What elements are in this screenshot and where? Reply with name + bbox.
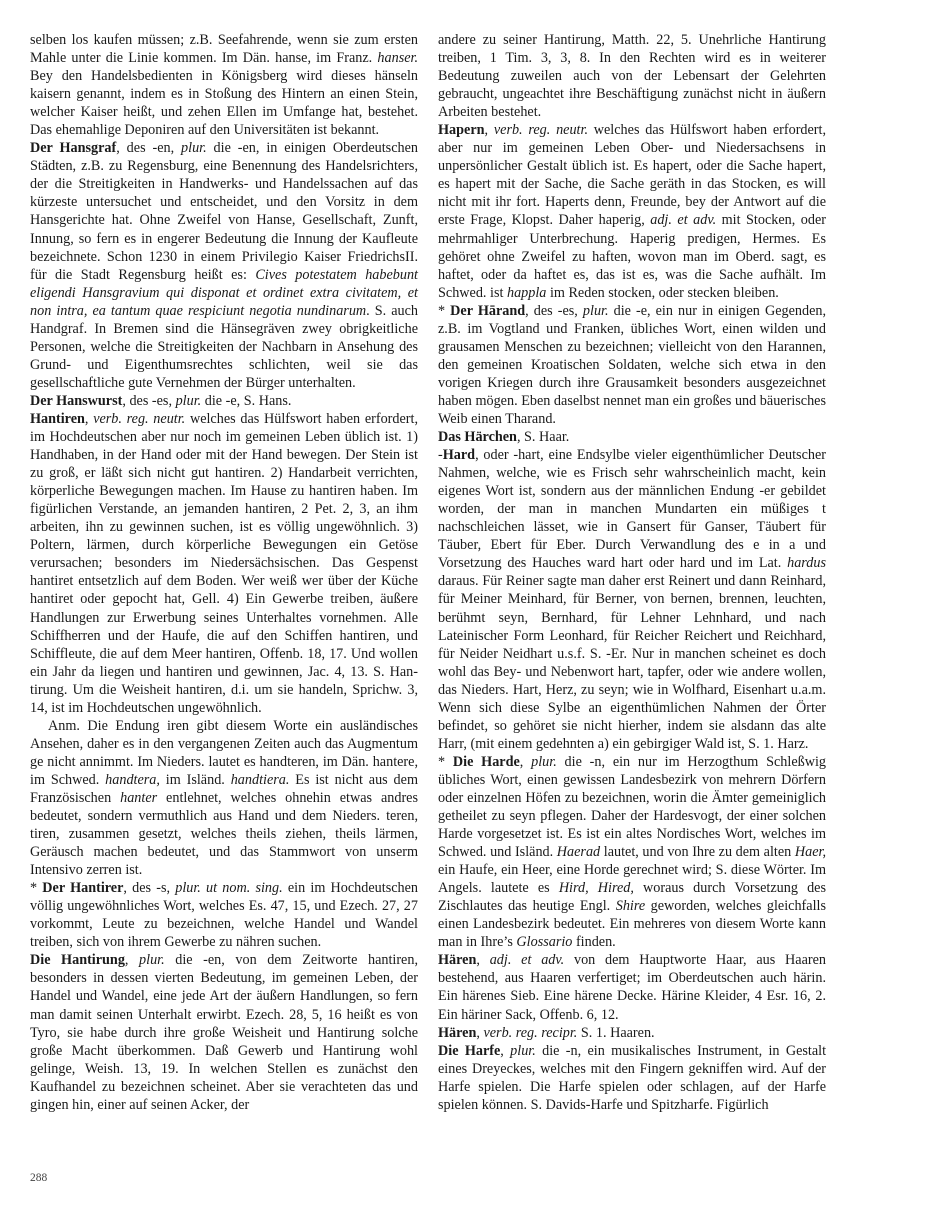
- entry-italic-text: Hird, Hired,: [559, 880, 634, 896]
- entry-text: , des -en,: [116, 140, 181, 156]
- entry-italic-text: handtiera.: [231, 772, 290, 788]
- entry-text: ,: [485, 122, 494, 138]
- entry-text: S. 1. Haaren.: [577, 1025, 654, 1041]
- entry-text: finden.: [572, 934, 615, 950]
- dictionary-entry: -Hard, oder -hart, eine Endsylbe vieler …: [438, 446, 826, 753]
- entry-italic-text: plur.: [181, 140, 207, 156]
- entry-italic-text: verb. reg. neutr.: [93, 411, 185, 427]
- entry-text: *: [438, 303, 450, 319]
- entry-headword: Der Hārand: [450, 303, 525, 319]
- dictionary-entry: * Der Hantirer, des -s, plur. ut nom. si…: [30, 879, 418, 951]
- dictionary-entry: * Die Harde, plur. die -n, ein nur im He…: [438, 753, 826, 952]
- left-column: selben los kaufen müssen; z.B. Seefahren…: [30, 31, 418, 1114]
- entry-text: andere zu seiner Hantirung, Matth. 22, 5…: [438, 32, 826, 120]
- entry-text: *: [438, 754, 453, 770]
- entry-headword: Der Hanswurst: [30, 393, 122, 409]
- entry-headword: Hapern: [438, 122, 485, 138]
- entry-text: im Reden stocken, oder stecken bleiben.: [546, 285, 778, 301]
- right-column: andere zu seiner Hantirung, Matth. 22, 5…: [438, 31, 826, 1114]
- entry-italic-text: hanter: [120, 790, 157, 806]
- entry-text: lautet, und von Ihre zu dem alten: [600, 844, 795, 860]
- dictionary-entry: Hären, verb. reg. recipr. S. 1. Haaren.: [438, 1024, 826, 1042]
- entry-italic-text: plur.: [139, 952, 165, 968]
- dictionary-entry: selben los kaufen müssen; z.B. Seefahren…: [30, 31, 418, 139]
- dictionary-entry: Das Härchen, S. Haar.: [438, 428, 826, 446]
- dictionary-entry: andere zu seiner Hantirung, Matth. 22, 5…: [438, 31, 826, 121]
- entry-italic-text: hanser.: [377, 50, 418, 66]
- entry-italic-text: Shire: [616, 898, 645, 914]
- entry-text: die -en, in einigen Oberdeutschen Städte…: [30, 140, 418, 282]
- entry-italic-text: verb. reg. recipr.: [483, 1025, 577, 1041]
- dictionary-entry: Hapern, verb. reg. neutr. welches das Hü…: [438, 121, 826, 301]
- entry-text: selben los kaufen müssen; z.B. Seefahren…: [30, 32, 418, 66]
- entry-headword: Die Harde: [453, 754, 520, 770]
- entry-italic-text: adj. et adv.: [490, 952, 564, 968]
- entry-italic-text: Glossario: [516, 934, 572, 950]
- entry-text: *: [30, 880, 42, 896]
- dictionary-entry: Hären, adj. et adv. von dem Hauptworte H…: [438, 951, 826, 1023]
- dictionary-entry: Der Hansgraf, des -en, plur. die -en, in…: [30, 139, 418, 392]
- dictionary-entry: Die Harfe, plur. die -n, ein musikalisch…: [438, 1042, 826, 1114]
- entry-headword: Der Hansgraf: [30, 140, 116, 156]
- entry-headword: Die Harfe: [438, 1043, 500, 1059]
- entry-text: , des -s,: [123, 880, 175, 896]
- entry-text: , oder -hart, eine Endsylbe vieler eigen…: [438, 447, 826, 571]
- entry-text: ,: [520, 754, 531, 770]
- entry-italic-text: handtera,: [105, 772, 160, 788]
- entry-text: ,: [85, 411, 93, 427]
- entry-italic-text: plur.: [176, 393, 202, 409]
- entry-text: , des -es,: [122, 393, 175, 409]
- entry-text: ,: [500, 1043, 510, 1059]
- entry-headword: Hantiren: [30, 411, 85, 427]
- entry-italic-text: happla: [507, 285, 546, 301]
- entry-headword: Hären: [438, 1025, 476, 1041]
- entry-italic-text: adj. et adv.: [650, 212, 716, 228]
- entry-italic-text: plur.: [531, 754, 557, 770]
- dictionary-entry: Anm. Die Endung iren gibt diesem Worte e…: [30, 717, 418, 879]
- entry-headword: Das Härchen: [438, 429, 517, 445]
- entry-headword: Die Hantirung: [30, 952, 125, 968]
- entry-italic-text: verb. reg. neutr.: [494, 122, 588, 138]
- entry-headword: Hard: [443, 447, 475, 463]
- entry-text: die -e, S. Hans.: [201, 393, 291, 409]
- entry-text: die -e, ein nur in einigen Gegen­den, z.…: [438, 303, 826, 427]
- entry-text: die -en, von dem Zeitworte hantiren, bes…: [30, 952, 418, 1112]
- dictionary-entry: Der Hanswurst, des -es, plur. die -e, S.…: [30, 392, 418, 410]
- entry-headword: Der Hantirer: [42, 880, 123, 896]
- entry-italic-text: plur.: [510, 1043, 536, 1059]
- entry-headword: Hären: [438, 952, 476, 968]
- dictionary-entry: Hantiren, verb. reg. neutr. welches das …: [30, 410, 418, 717]
- entry-text: welches das Hülfswort haben erfor­dert, …: [30, 411, 418, 716]
- dictionary-entry: Die Hantirung, plur. die -en, von dem Ze…: [30, 951, 418, 1113]
- entry-italic-text: plur. ut nom. sing.: [175, 880, 282, 896]
- entry-text: ,: [476, 952, 489, 968]
- entry-text: , des -es,: [525, 303, 583, 319]
- entry-italic-text: Haerad: [557, 844, 600, 860]
- page-number: 288: [30, 1172, 47, 1184]
- entry-italic-text: Haer,: [795, 844, 826, 860]
- entry-text: ,: [125, 952, 139, 968]
- dictionary-entry: * Der Hārand, des -es, plur. die -e, ein…: [438, 302, 826, 428]
- entry-italic-text: plur.: [583, 303, 609, 319]
- entry-text: daraus. Für Reiner sagte man daher erst …: [438, 573, 826, 751]
- entry-text: , S. Haar.: [517, 429, 569, 445]
- entry-text: im Isländ.: [160, 772, 231, 788]
- entry-italic-text: hardus: [787, 555, 826, 571]
- entry-text: Bey den Handelsbedienten in Königsberg w…: [30, 68, 418, 138]
